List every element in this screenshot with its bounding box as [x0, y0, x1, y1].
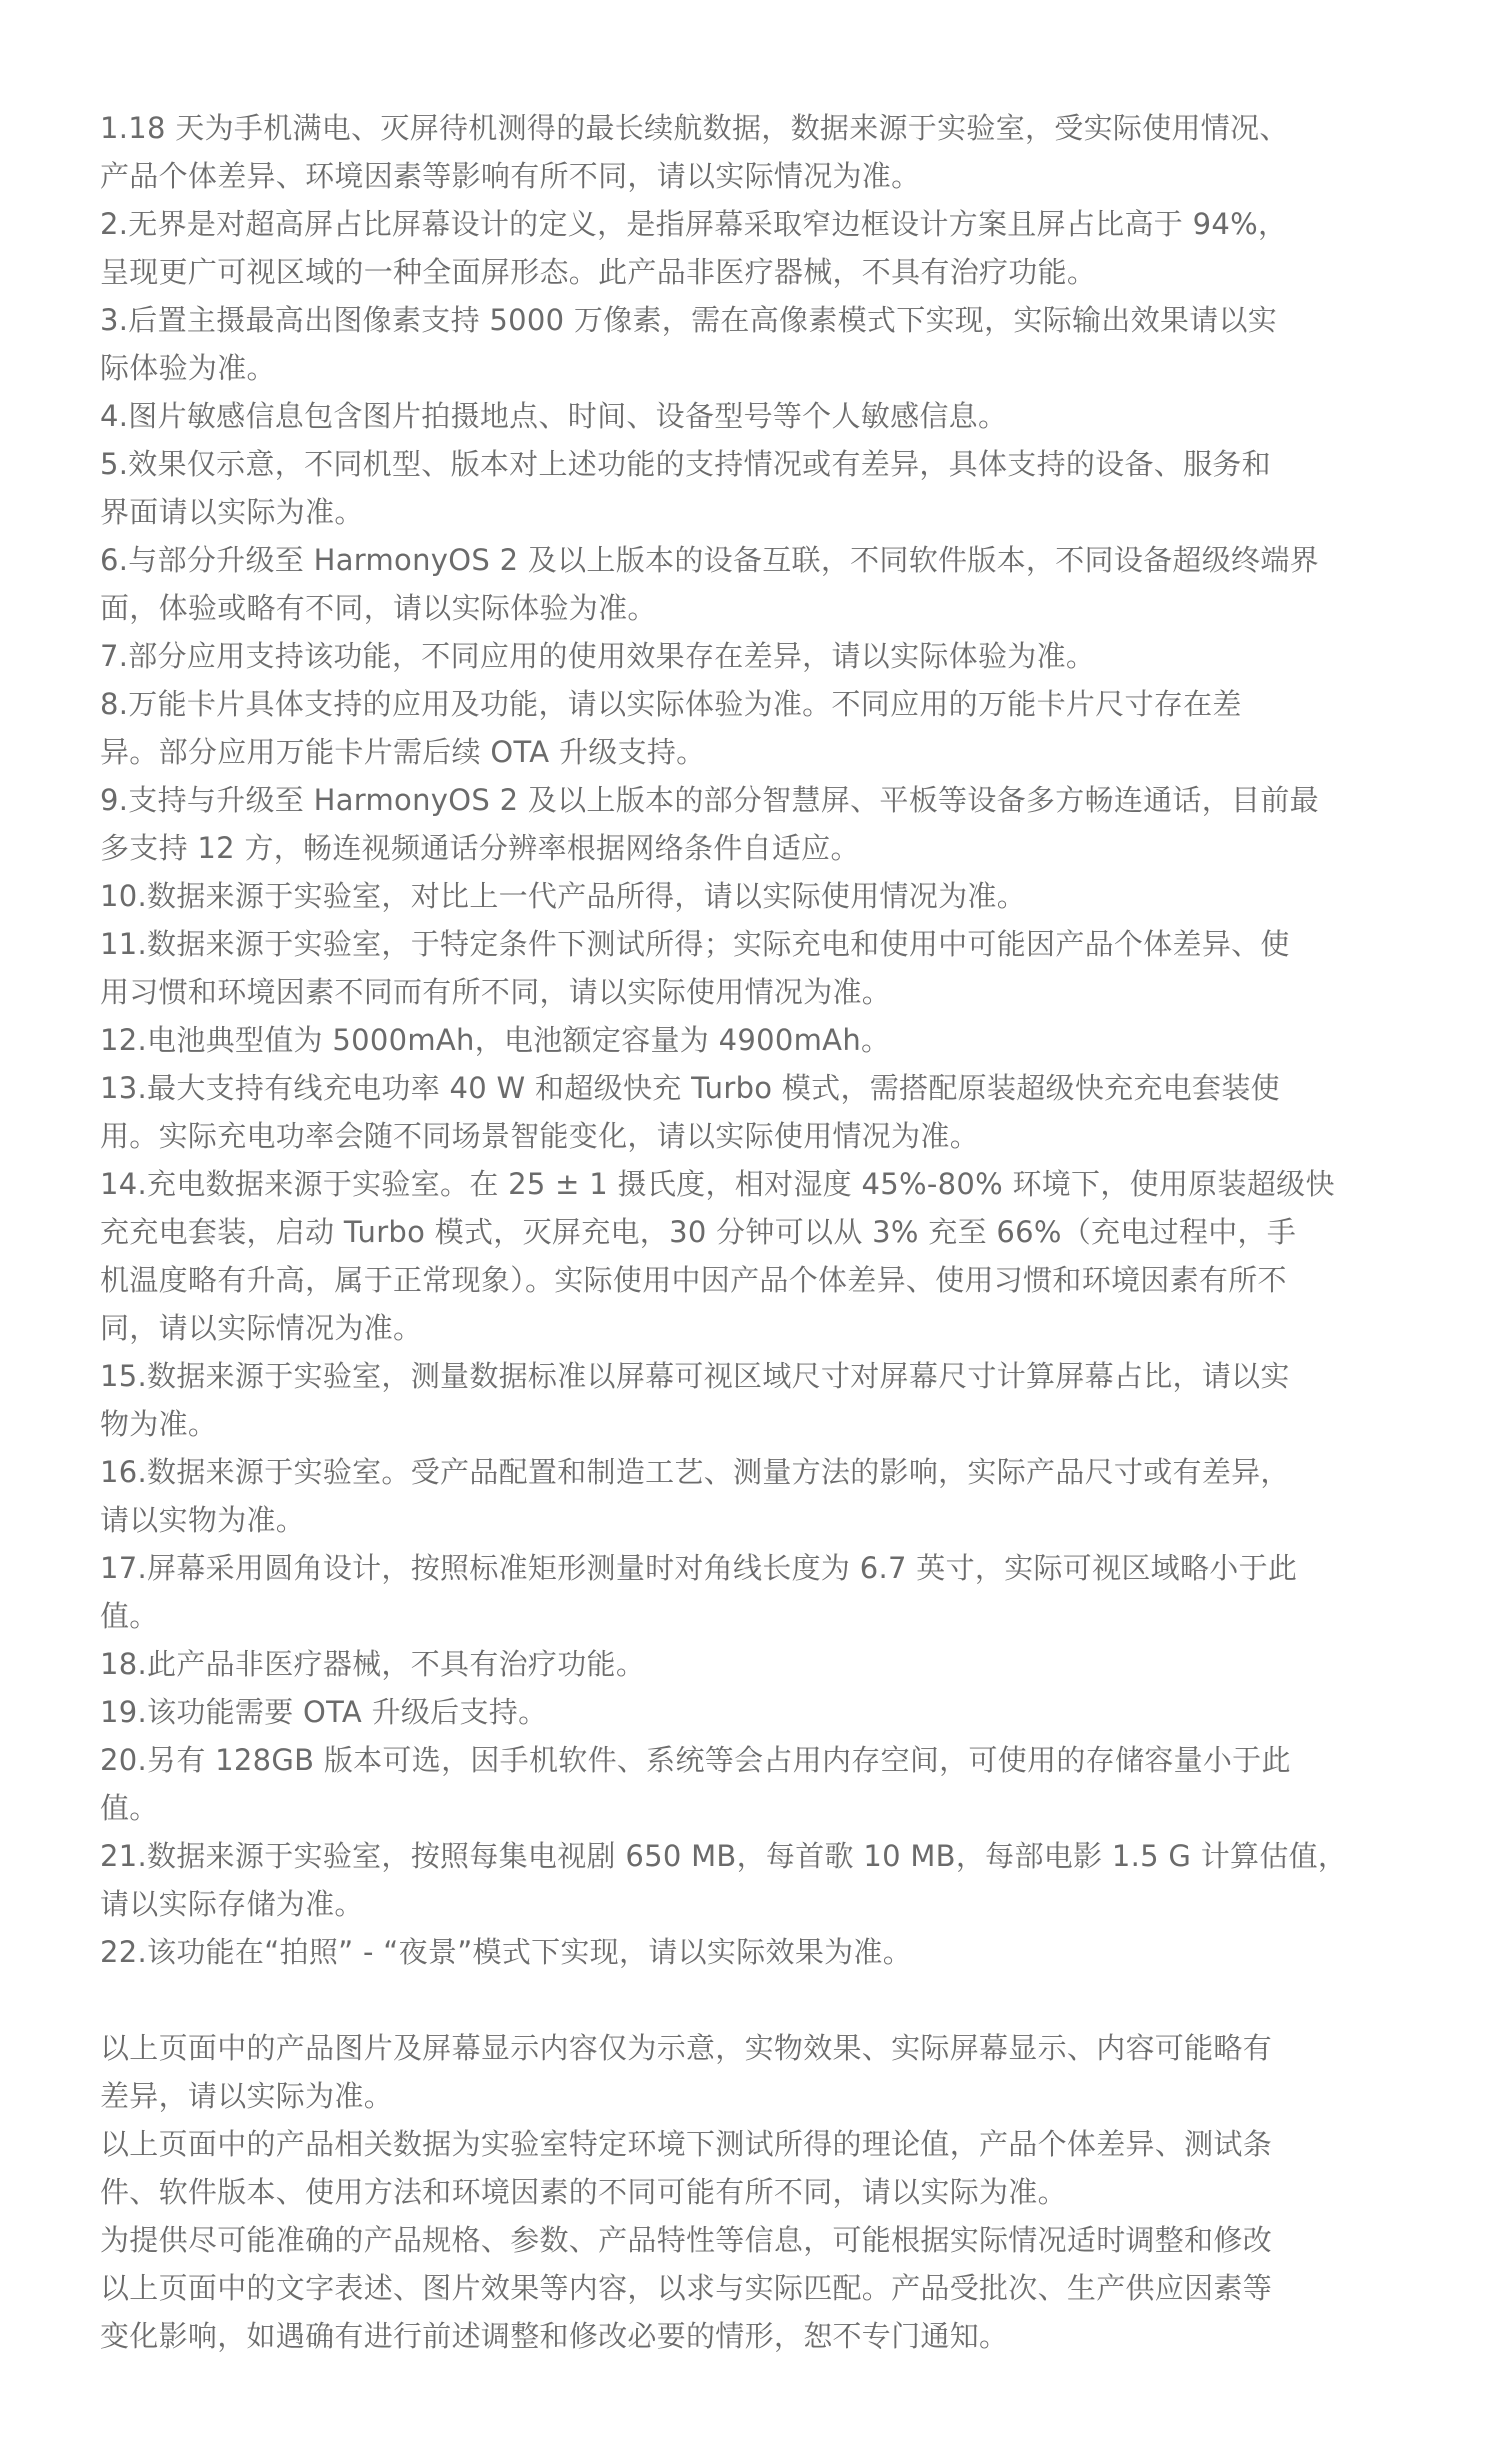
- footnote-line: 8.万能卡片具体支持的应用及功能，请以实际体验为准。不同应用的万能卡片尺寸存在差: [100, 680, 1420, 728]
- section-gap: [100, 1976, 1420, 2024]
- footnote-line: 10.数据来源于实验室，对比上一代产品所得，请以实际使用情况为准。: [100, 872, 1420, 920]
- footnote-line: 面，体验或略有不同，请以实际体验为准。: [100, 584, 1420, 632]
- footnote-line: 4.图片敏感信息包含图片拍摄地点、时间、设备型号等个人敏感信息。: [100, 392, 1420, 440]
- footnote-item: 15.数据来源于实验室，测量数据标准以屏幕可视区域尺寸对屏幕尺寸计算屏幕占比，请…: [100, 1352, 1420, 1448]
- footnote-item: 19.该功能需要 OTA 升级后支持。: [100, 1688, 1420, 1736]
- footnote-line: 界面请以实际为准。: [100, 488, 1420, 536]
- footnote-item: 5.效果仅示意，不同机型、版本对上述功能的支持情况或有差异，具体支持的设备、服务…: [100, 440, 1420, 536]
- footnote-item: 10.数据来源于实验室，对比上一代产品所得，请以实际使用情况为准。: [100, 872, 1420, 920]
- footnote-item: 17.屏幕采用圆角设计，按照标准矩形测量时对角线长度为 6.7 英寸，实际可视区…: [100, 1544, 1420, 1640]
- disclaimer-line: 变化影响，如遇确有进行前述调整和修改必要的情形，恕不专门通知。: [100, 2312, 1420, 2360]
- general-disclaimers: 以上页面中的产品图片及屏幕显示内容仅为示意，实物效果、实际屏幕显示、内容可能略有…: [100, 2024, 1420, 2360]
- footnote-line: 19.该功能需要 OTA 升级后支持。: [100, 1688, 1420, 1736]
- footnote-line: 17.屏幕采用圆角设计，按照标准矩形测量时对角线长度为 6.7 英寸，实际可视区…: [100, 1544, 1420, 1592]
- footnote-item: 8.万能卡片具体支持的应用及功能，请以实际体验为准。不同应用的万能卡片尺寸存在差…: [100, 680, 1420, 776]
- footnote-item: 7.部分应用支持该功能，不同应用的使用效果存在差异，请以实际体验为准。: [100, 632, 1420, 680]
- footnote-item: 9.支持与升级至 HarmonyOS 2 及以上版本的部分智慧屏、平板等设备多方…: [100, 776, 1420, 872]
- footnote-line: 21.数据来源于实验室，按照每集电视剧 650 MB，每首歌 10 MB，每部电…: [100, 1832, 1420, 1880]
- footnotes-document: 1.18 天为手机满电、灭屏待机测得的最长续航数据，数据来源于实验室，受实际使用…: [100, 104, 1420, 2360]
- footnote-item: 18.此产品非医疗器械，不具有治疗功能。: [100, 1640, 1420, 1688]
- footnote-line: 多支持 12 方，畅连视频通话分辨率根据网络条件自适应。: [100, 824, 1420, 872]
- footnote-line: 充充电套装，启动 Turbo 模式，灭屏充电，30 分钟可以从 3% 充至 66…: [100, 1208, 1420, 1256]
- disclaimer-line: 差异，请以实际为准。: [100, 2072, 1420, 2120]
- footnote-item: 20.另有 128GB 版本可选，因手机软件、系统等会占用内存空间，可使用的存储…: [100, 1736, 1420, 1832]
- footnote-item: 16.数据来源于实验室。受产品配置和制造工艺、测量方法的影响，实际产品尺寸或有差…: [100, 1448, 1420, 1544]
- footnote-item: 2.无界是对超高屏占比屏幕设计的定义，是指屏幕采取窄边框设计方案且屏占比高于 9…: [100, 200, 1420, 296]
- footnote-line: 值。: [100, 1592, 1420, 1640]
- footnote-line: 11.数据来源于实验室，于特定条件下测试所得；实际充电和使用中可能因产品个体差异…: [100, 920, 1420, 968]
- footnote-line: 13.最大支持有线充电功率 40 W 和超级快充 Turbo 模式，需搭配原装超…: [100, 1064, 1420, 1112]
- footnote-line: 12.电池典型值为 5000mAh，电池额定容量为 4900mAh。: [100, 1016, 1420, 1064]
- footnote-line: 9.支持与升级至 HarmonyOS 2 及以上版本的部分智慧屏、平板等设备多方…: [100, 776, 1420, 824]
- footnote-line: 值。: [100, 1784, 1420, 1832]
- footnote-line: 物为准。: [100, 1400, 1420, 1448]
- footnote-line: 18.此产品非医疗器械，不具有治疗功能。: [100, 1640, 1420, 1688]
- footnote-line: 请以实际存储为准。: [100, 1880, 1420, 1928]
- footnote-line: 14.充电数据来源于实验室。在 25 ± 1 摄氏度，相对湿度 45%-80% …: [100, 1160, 1420, 1208]
- footnote-line: 5.效果仅示意，不同机型、版本对上述功能的支持情况或有差异，具体支持的设备、服务…: [100, 440, 1420, 488]
- footnote-item: 21.数据来源于实验室，按照每集电视剧 650 MB，每首歌 10 MB，每部电…: [100, 1832, 1420, 1928]
- footnote-line: 同，请以实际情况为准。: [100, 1304, 1420, 1352]
- footnote-line: 16.数据来源于实验室。受产品配置和制造工艺、测量方法的影响，实际产品尺寸或有差…: [100, 1448, 1420, 1496]
- disclaimer-line: 以上页面中的文字表述、图片效果等内容，以求与实际匹配。产品受批次、生产供应因素等: [100, 2264, 1420, 2312]
- footnote-line: 3.后置主摄最高出图像素支持 5000 万像素，需在高像素模式下实现，实际输出效…: [100, 296, 1420, 344]
- disclaimer-line: 以上页面中的产品图片及屏幕显示内容仅为示意，实物效果、实际屏幕显示、内容可能略有: [100, 2024, 1420, 2072]
- footnote-line: 异。部分应用万能卡片需后续 OTA 升级支持。: [100, 728, 1420, 776]
- disclaimer-line: 以上页面中的产品相关数据为实验室特定环境下测试所得的理论值，产品个体差异、测试条: [100, 2120, 1420, 2168]
- disclaimer-paragraph: 以上页面中的产品图片及屏幕显示内容仅为示意，实物效果、实际屏幕显示、内容可能略有…: [100, 2024, 1420, 2120]
- footnote-line: 机温度略有升高，属于正常现象）。实际使用中因产品个体差异、使用习惯和环境因素有所…: [100, 1256, 1420, 1304]
- footnote-line: 2.无界是对超高屏占比屏幕设计的定义，是指屏幕采取窄边框设计方案且屏占比高于 9…: [100, 200, 1420, 248]
- footnote-line: 呈现更广可视区域的一种全面屏形态。此产品非医疗器械，不具有治疗功能。: [100, 248, 1420, 296]
- disclaimer-paragraph: 以上页面中的产品相关数据为实验室特定环境下测试所得的理论值，产品个体差异、测试条…: [100, 2120, 1420, 2216]
- disclaimer-line: 件、软件版本、使用方法和环境因素的不同可能有所不同，请以实际为准。: [100, 2168, 1420, 2216]
- disclaimer-line: 为提供尽可能准确的产品规格、参数、产品特性等信息，可能根据实际情况适时调整和修改: [100, 2216, 1420, 2264]
- footnote-line: 用。实际充电功率会随不同场景智能变化，请以实际使用情况为准。: [100, 1112, 1420, 1160]
- footnote-item: 6.与部分升级至 HarmonyOS 2 及以上版本的设备互联，不同软件版本，不…: [100, 536, 1420, 632]
- footnote-line: 际体验为准。: [100, 344, 1420, 392]
- footnote-line: 产品个体差异、环境因素等影响有所不同，请以实际情况为准。: [100, 152, 1420, 200]
- footnote-item: 22.该功能在“拍照” - “夜景”模式下实现，请以实际效果为准。: [100, 1928, 1420, 1976]
- footnote-item: 1.18 天为手机满电、灭屏待机测得的最长续航数据，数据来源于实验室，受实际使用…: [100, 104, 1420, 200]
- footnote-item: 11.数据来源于实验室，于特定条件下测试所得；实际充电和使用中可能因产品个体差异…: [100, 920, 1420, 1016]
- footnote-item: 14.充电数据来源于实验室。在 25 ± 1 摄氏度，相对湿度 45%-80% …: [100, 1160, 1420, 1352]
- footnote-line: 15.数据来源于实验室，测量数据标准以屏幕可视区域尺寸对屏幕尺寸计算屏幕占比，请…: [100, 1352, 1420, 1400]
- footnote-line: 用习惯和环境因素不同而有所不同，请以实际使用情况为准。: [100, 968, 1420, 1016]
- footnote-line: 6.与部分升级至 HarmonyOS 2 及以上版本的设备互联，不同软件版本，不…: [100, 536, 1420, 584]
- footnote-item: 13.最大支持有线充电功率 40 W 和超级快充 Turbo 模式，需搭配原装超…: [100, 1064, 1420, 1160]
- footnote-item: 12.电池典型值为 5000mAh，电池额定容量为 4900mAh。: [100, 1016, 1420, 1064]
- footnote-line: 1.18 天为手机满电、灭屏待机测得的最长续航数据，数据来源于实验室，受实际使用…: [100, 104, 1420, 152]
- footnote-line: 22.该功能在“拍照” - “夜景”模式下实现，请以实际效果为准。: [100, 1928, 1420, 1976]
- footnote-item: 4.图片敏感信息包含图片拍摄地点、时间、设备型号等个人敏感信息。: [100, 392, 1420, 440]
- footnote-item: 3.后置主摄最高出图像素支持 5000 万像素，需在高像素模式下实现，实际输出效…: [100, 296, 1420, 392]
- footnote-line: 7.部分应用支持该功能，不同应用的使用效果存在差异，请以实际体验为准。: [100, 632, 1420, 680]
- footnote-line: 20.另有 128GB 版本可选，因手机软件、系统等会占用内存空间，可使用的存储…: [100, 1736, 1420, 1784]
- footnote-line: 请以实物为准。: [100, 1496, 1420, 1544]
- numbered-notes-list: 1.18 天为手机满电、灭屏待机测得的最长续航数据，数据来源于实验室，受实际使用…: [100, 104, 1420, 1976]
- disclaimer-paragraph: 为提供尽可能准确的产品规格、参数、产品特性等信息，可能根据实际情况适时调整和修改…: [100, 2216, 1420, 2360]
